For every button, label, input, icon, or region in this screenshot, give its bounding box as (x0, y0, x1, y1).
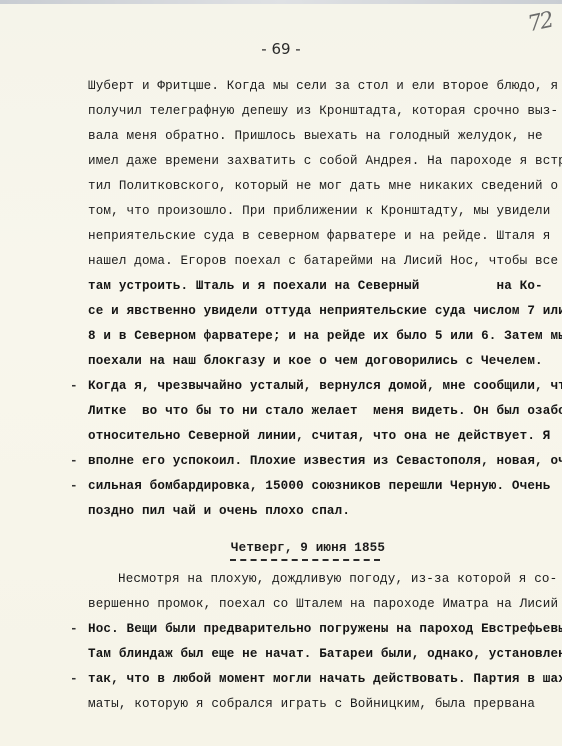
text-line: -так, что в любой момент могли начать де… (88, 667, 528, 692)
text-line: маты, которую я собрался играть с Войниц… (88, 692, 528, 717)
text-line-content: поздно пил чай и очень плохо спал. (88, 504, 350, 518)
text-line-content: Несмотря на плохую, дождливую погоду, из… (118, 572, 557, 586)
margin-dash-mark: - (70, 474, 78, 499)
text-line-content: Нос. Вещи были предварительно погружены … (88, 622, 562, 636)
text-line: получил телеграфную депешу из Кронштадта… (88, 99, 528, 124)
text-line: поехали на наш блокгазу и кое о чем дого… (88, 349, 528, 374)
handwritten-folio-number: 72 (526, 8, 555, 37)
text-line: Шуберт и Фритцше. Когда мы сели за стол … (88, 74, 528, 99)
text-line: вершенно промок, поехал со Шталем на пар… (88, 592, 528, 617)
text-line: Там блиндаж был еще не начат. Батареи бы… (88, 642, 528, 667)
text-line: там устроить. Шталь и я поехали на Север… (88, 274, 528, 299)
text-line-content: Когда я, чрезвычайно усталый, вернулся д… (88, 379, 562, 393)
paragraph-part-2: Несмотря на плохую, дождливую погоду, из… (88, 567, 528, 717)
date-heading-text: Четверг, 9 июня 1855 (231, 537, 385, 559)
text-line-content: Литке во что бы то ни стало желает меня … (88, 404, 562, 418)
text-line-content: 8 и в Северном фарватере; и на рейде их … (88, 329, 562, 343)
text-line: Литке во что бы то ни стало желает меня … (88, 399, 528, 424)
document-page: 72 - 69 - Шуберт и Фритцше. Когда мы сел… (0, 0, 562, 746)
text-line-content: Там блиндаж был еще не начат. Батареи бы… (88, 647, 562, 661)
text-line: -Когда я, чрезвычайно усталый, вернулся … (88, 374, 528, 399)
text-line-content: том, что произошло. При приближении к Кр… (88, 204, 550, 218)
text-line: том, что произошло. При приближении к Кр… (88, 199, 528, 224)
text-line-content: там устроить. Шталь и я поехали на Север… (88, 279, 543, 293)
margin-dash-mark: - (70, 374, 78, 399)
text-line-content: получил телеграфную депешу из Кронштадта… (88, 104, 558, 118)
text-line-content: тил Политковского, который не мог дать м… (88, 179, 558, 193)
text-line: имел даже времени захватить с собой Андр… (88, 149, 528, 174)
text-line-content: маты, которую я собрался играть с Войниц… (88, 697, 535, 711)
margin-dash-mark: - (70, 667, 78, 692)
text-line: 8 и в Северном фарватере; и на рейде их … (88, 324, 528, 349)
page-top-edge (0, 0, 562, 4)
text-line-content: Шуберт и Фритцше. Когда мы сели за стол … (88, 79, 558, 93)
margin-dash-mark: - (70, 617, 78, 642)
text-line: се и явственно увидели оттуда неприятель… (88, 299, 528, 324)
text-line: тил Политковского, который не мог дать м… (88, 174, 528, 199)
text-line: неприятельские суда в северном фарватере… (88, 224, 528, 249)
text-line: -Нос. Вещи были предварительно погружены… (88, 617, 528, 642)
text-line: нашел дома. Егоров поехал с батарейми на… (88, 249, 528, 274)
text-line-content: вполне его успокоил. Плохие известия из … (88, 454, 562, 468)
date-heading: Четверг, 9 июня 1855 (88, 537, 528, 559)
text-line: -сильная бомбардировка, 15000 союзников … (88, 474, 528, 499)
text-line-content: нашел дома. Егоров поехал с батарейми на… (88, 254, 558, 268)
text-line: -вполне его успокоил. Плохие известия из… (88, 449, 528, 474)
paragraph-part-1: Шуберт и Фритцше. Когда мы сели за стол … (88, 74, 528, 524)
margin-dash-mark: - (70, 449, 78, 474)
text-line: относительно Северной линии, считая, что… (88, 424, 528, 449)
text-line: вала меня обратно. Пришлось выехать на г… (88, 124, 528, 149)
text-line-content: се и явственно увидели оттуда неприятель… (88, 304, 562, 318)
text-line-content: имел даже времени захватить с собой Андр… (88, 154, 562, 168)
text-line: поздно пил чай и очень плохо спал. (88, 499, 528, 524)
heading-underline (230, 559, 380, 567)
text-line-content: относительно Северной линии, считая, что… (88, 429, 550, 443)
page-number: - 69 - (0, 40, 562, 58)
text-line-content: так, что в любой момент могли начать дей… (88, 672, 562, 686)
text-line-content: вала меня обратно. Пришлось выехать на г… (88, 129, 543, 143)
text-line: Несмотря на плохую, дождливую погоду, из… (88, 567, 528, 592)
typed-text-body: Шуберт и Фритцше. Когда мы сели за стол … (88, 74, 528, 717)
text-line-content: сильная бомбардировка, 15000 союзников п… (88, 479, 550, 493)
text-line-content: неприятельские суда в северном фарватере… (88, 229, 550, 243)
text-line-content: поехали на наш блокгазу и кое о чем дого… (88, 354, 543, 368)
text-line-content: вершенно промок, поехал со Шталем на пар… (88, 597, 558, 611)
